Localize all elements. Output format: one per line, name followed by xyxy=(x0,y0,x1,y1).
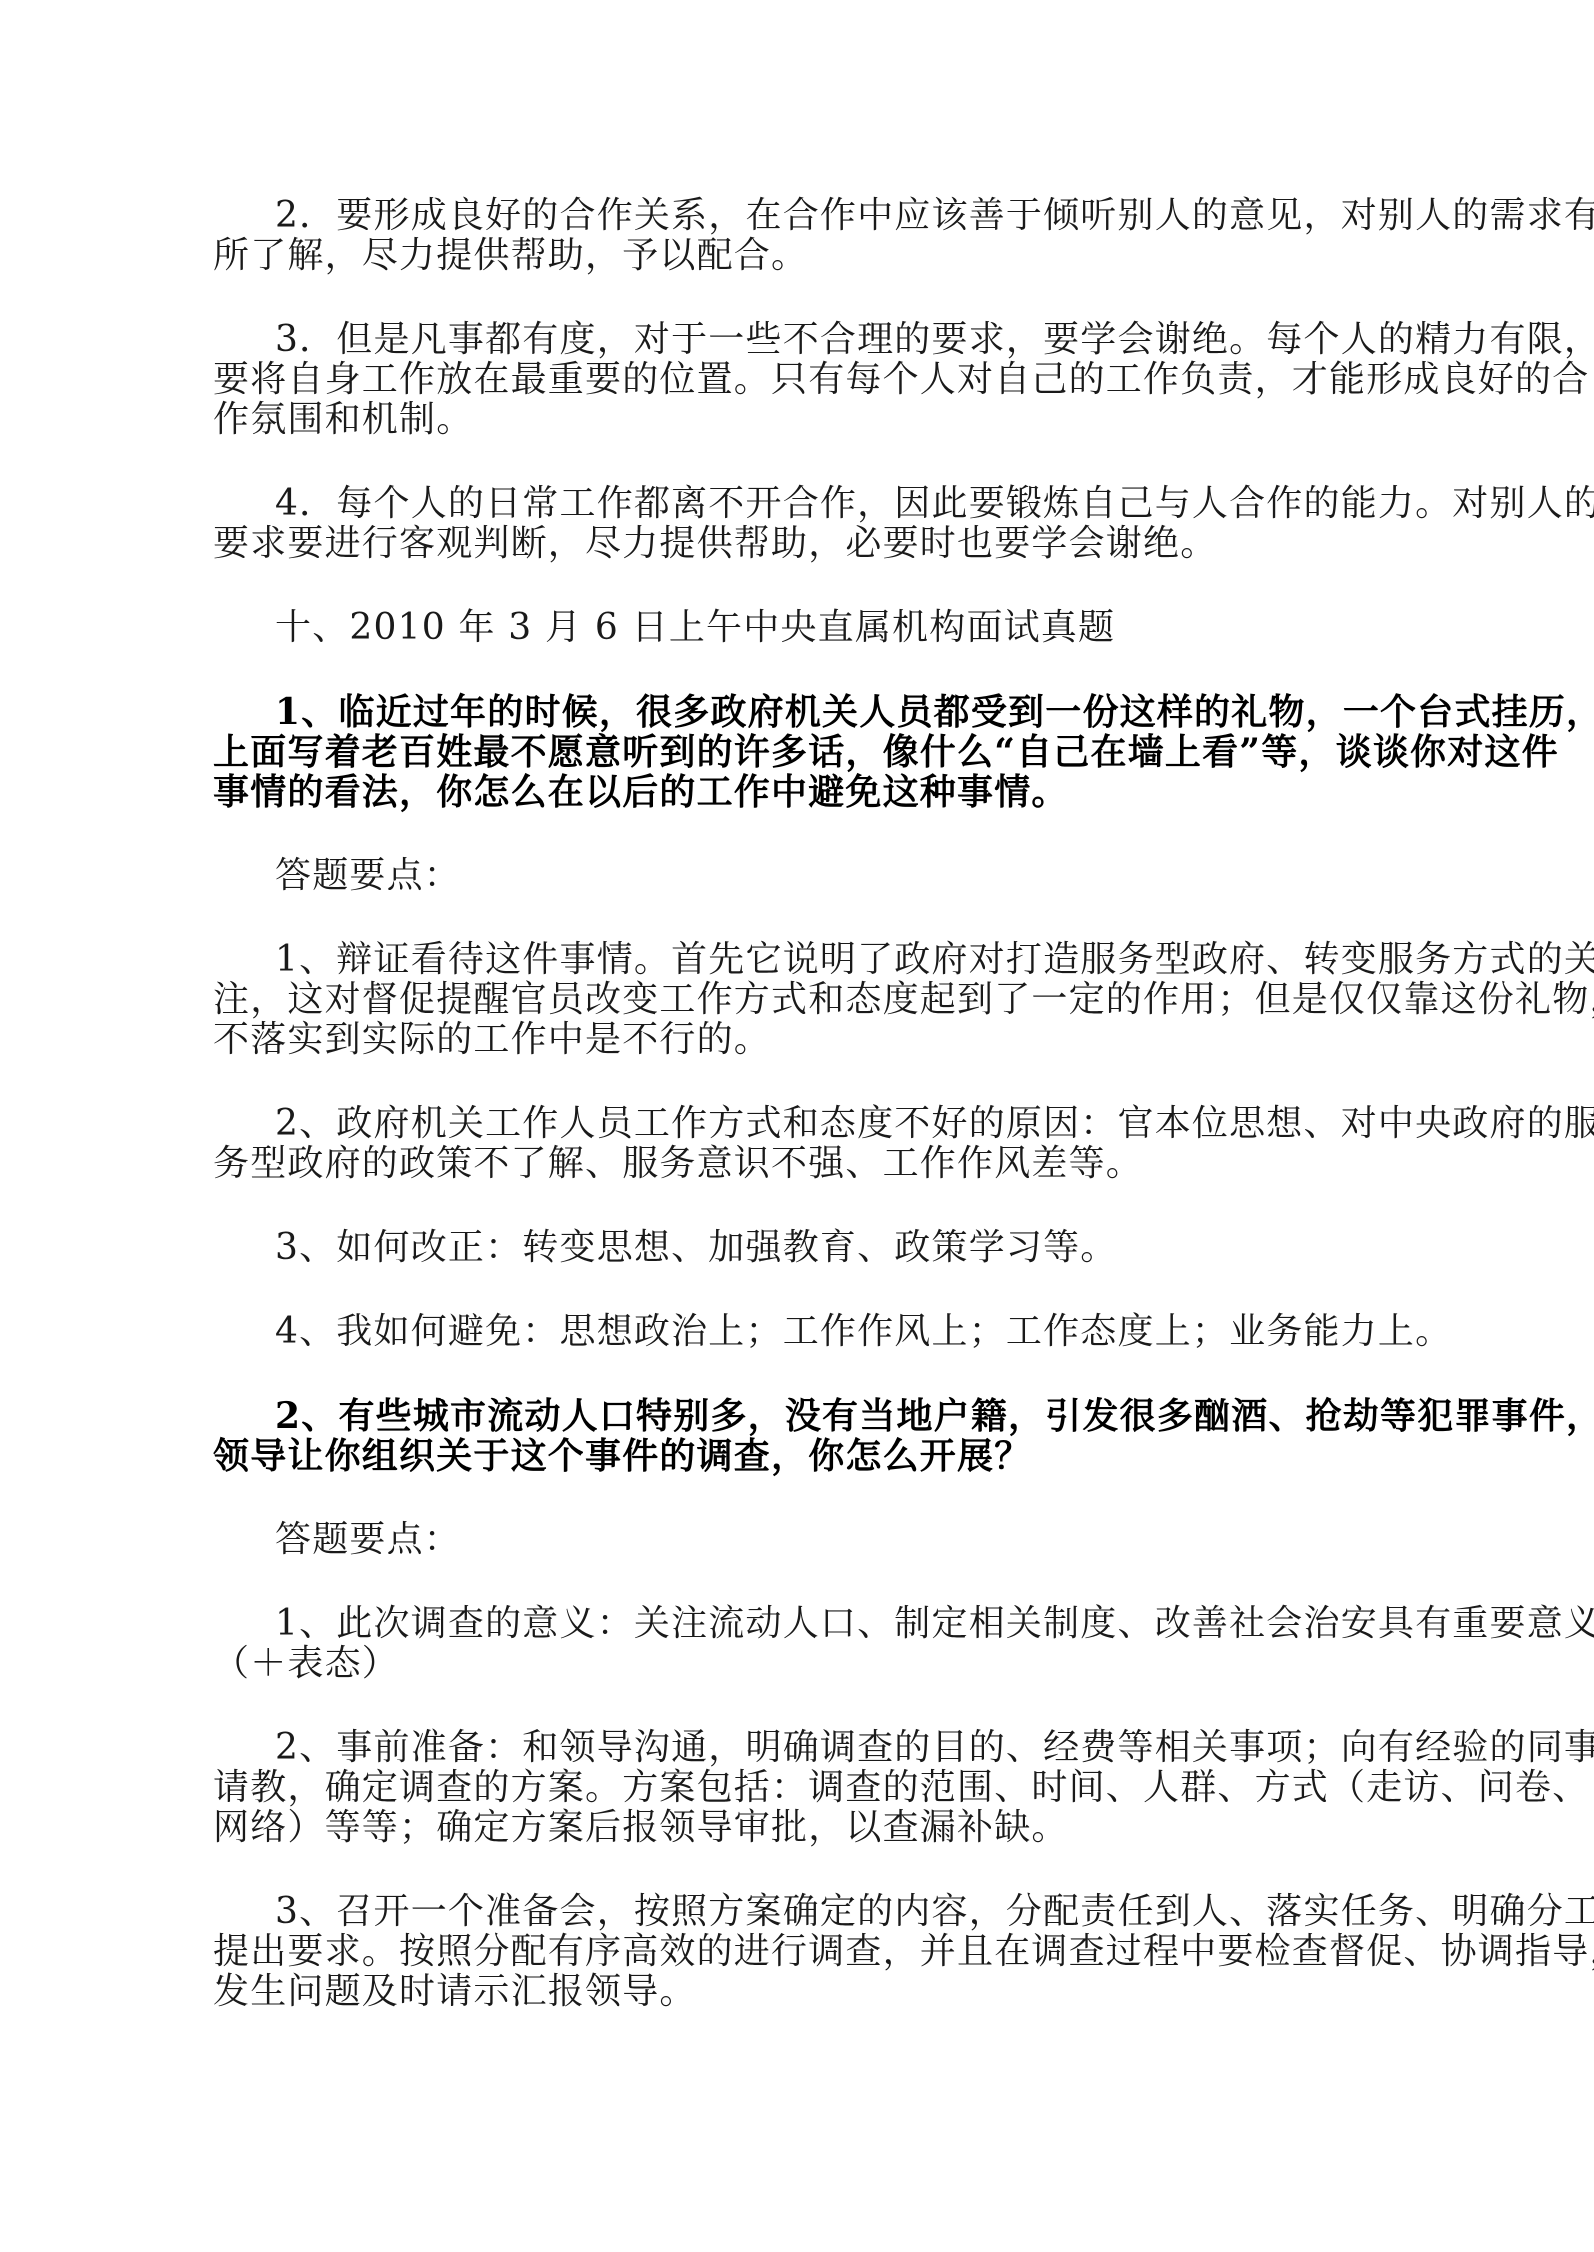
text-line: 1、此次调查的意义：关注流动人口、制定相关制度、改善社会治安具有重要意义。 xyxy=(213,1604,1393,1644)
answer-1-point-4: 4、我如何避免：思想政治上；工作作风上；工作态度上；业务能力上。 xyxy=(213,1312,1393,1352)
text-line: 3、如何改正：转变思想、加强教育、政策学习等。 xyxy=(213,1228,1393,1268)
text-line: 注，这对督促提醒官员改变工作方式和态度起到了一定的作用；但是仅仅靠这份礼物， xyxy=(213,980,1393,1020)
answer-2-point-2: 2、事前准备：和领导沟通，明确调查的目的、经费等相关事项；向有经验的同事 请教，… xyxy=(213,1728,1393,1848)
text-line: 发生问题及时请示汇报领导。 xyxy=(213,1972,1393,2012)
answer-label-2: 答题要点： xyxy=(213,1520,1393,1560)
answer-label-1: 答题要点： xyxy=(213,856,1393,896)
section-heading: 十、2010 年 3 月 6 日上午中央直属机构面试真题 xyxy=(213,608,1393,648)
answer-label: 答题要点： xyxy=(213,1520,1393,1560)
section-title: 十、2010 年 3 月 6 日上午中央直属机构面试真题 xyxy=(213,608,1393,648)
answer-2-point-1: 1、此次调查的意义：关注流动人口、制定相关制度、改善社会治安具有重要意义。 （＋… xyxy=(213,1604,1393,1684)
text-line: 2．要形成良好的合作关系，在合作中应该善于倾听别人的意见，对别人的需求有 xyxy=(213,196,1393,236)
text-line: 作氛围和机制。 xyxy=(213,400,1393,440)
document-page: 2．要形成良好的合作关系，在合作中应该善于倾听别人的意见，对别人的需求有 所了解… xyxy=(213,196,1393,2056)
text-line: 请教，确定调查的方案。方案包括：调查的范围、时间、人群、方式（走访、问卷、 xyxy=(213,1768,1393,1808)
answer-label: 答题要点： xyxy=(213,856,1393,896)
answer-1-point-3: 3、如何改正：转变思想、加强教育、政策学习等。 xyxy=(213,1228,1393,1268)
question-1: 1、临近过年的时候，很多政府机关人员都受到一份这样的礼物，一个台式挂历， 上面写… xyxy=(213,692,1393,812)
text-line: 不落实到实际的工作中是不行的。 xyxy=(213,1020,1393,1060)
text-line: 要求要进行客观判断，尽力提供帮助，必要时也要学会谢绝。 xyxy=(213,524,1393,564)
paragraph-cooperation-2: 2．要形成良好的合作关系，在合作中应该善于倾听别人的意见，对别人的需求有 所了解… xyxy=(213,196,1393,276)
question-line: 2、有些城市流动人口特别多，没有当地户籍，引发很多酗酒、抢劫等犯罪事件， xyxy=(213,1396,1393,1436)
text-line: 提出要求。按照分配有序高效的进行调查，并且在调查过程中要检查督促、协调指导， xyxy=(213,1932,1393,1972)
question-line: 上面写着老百姓最不愿意听到的许多话，像什么“自己在墙上看”等，谈谈你对这件 xyxy=(213,732,1393,772)
question-2: 2、有些城市流动人口特别多，没有当地户籍，引发很多酗酒、抢劫等犯罪事件， 领导让… xyxy=(213,1396,1393,1476)
paragraph-cooperation-4: 4．每个人的日常工作都离不开合作，因此要锻炼自己与人合作的能力。对别人的 要求要… xyxy=(213,484,1393,564)
question-line: 事情的看法，你怎么在以后的工作中避免这种事情。 xyxy=(213,772,1393,812)
text-line: 网络）等等；确定方案后报领导审批，以查漏补缺。 xyxy=(213,1808,1393,1848)
answer-1-point-2: 2、政府机关工作人员工作方式和态度不好的原因：官本位思想、对中央政府的服 务型政… xyxy=(213,1104,1393,1184)
text-line: 4．每个人的日常工作都离不开合作，因此要锻炼自己与人合作的能力。对别人的 xyxy=(213,484,1393,524)
answer-1-point-1: 1、辩证看待这件事情。首先它说明了政府对打造服务型政府、转变服务方式的关 注，这… xyxy=(213,940,1393,1060)
text-line: （＋表态） xyxy=(213,1644,1393,1684)
text-line: 3．但是凡事都有度，对于一些不合理的要求，要学会谢绝。每个人的精力有限， xyxy=(213,320,1393,360)
question-line: 领导让你组织关于这个事件的调查，你怎么开展？ xyxy=(213,1436,1393,1476)
question-line: 1、临近过年的时候，很多政府机关人员都受到一份这样的礼物，一个台式挂历， xyxy=(213,692,1393,732)
text-line: 要将自身工作放在最重要的位置。只有每个人对自己的工作负责，才能形成良好的合 xyxy=(213,360,1393,400)
paragraph-cooperation-3: 3．但是凡事都有度，对于一些不合理的要求，要学会谢绝。每个人的精力有限， 要将自… xyxy=(213,320,1393,440)
text-line: 3、召开一个准备会，按照方案确定的内容，分配责任到人、落实任务、明确分工、 xyxy=(213,1892,1393,1932)
text-line: 所了解，尽力提供帮助，予以配合。 xyxy=(213,236,1393,276)
text-line: 4、我如何避免：思想政治上；工作作风上；工作态度上；业务能力上。 xyxy=(213,1312,1393,1352)
text-line: 2、政府机关工作人员工作方式和态度不好的原因：官本位思想、对中央政府的服 xyxy=(213,1104,1393,1144)
text-line: 务型政府的政策不了解、服务意识不强、工作作风差等。 xyxy=(213,1144,1393,1184)
text-line: 2、事前准备：和领导沟通，明确调查的目的、经费等相关事项；向有经验的同事 xyxy=(213,1728,1393,1768)
answer-2-point-3: 3、召开一个准备会，按照方案确定的内容，分配责任到人、落实任务、明确分工、 提出… xyxy=(213,1892,1393,2012)
text-line: 1、辩证看待这件事情。首先它说明了政府对打造服务型政府、转变服务方式的关 xyxy=(213,940,1393,980)
